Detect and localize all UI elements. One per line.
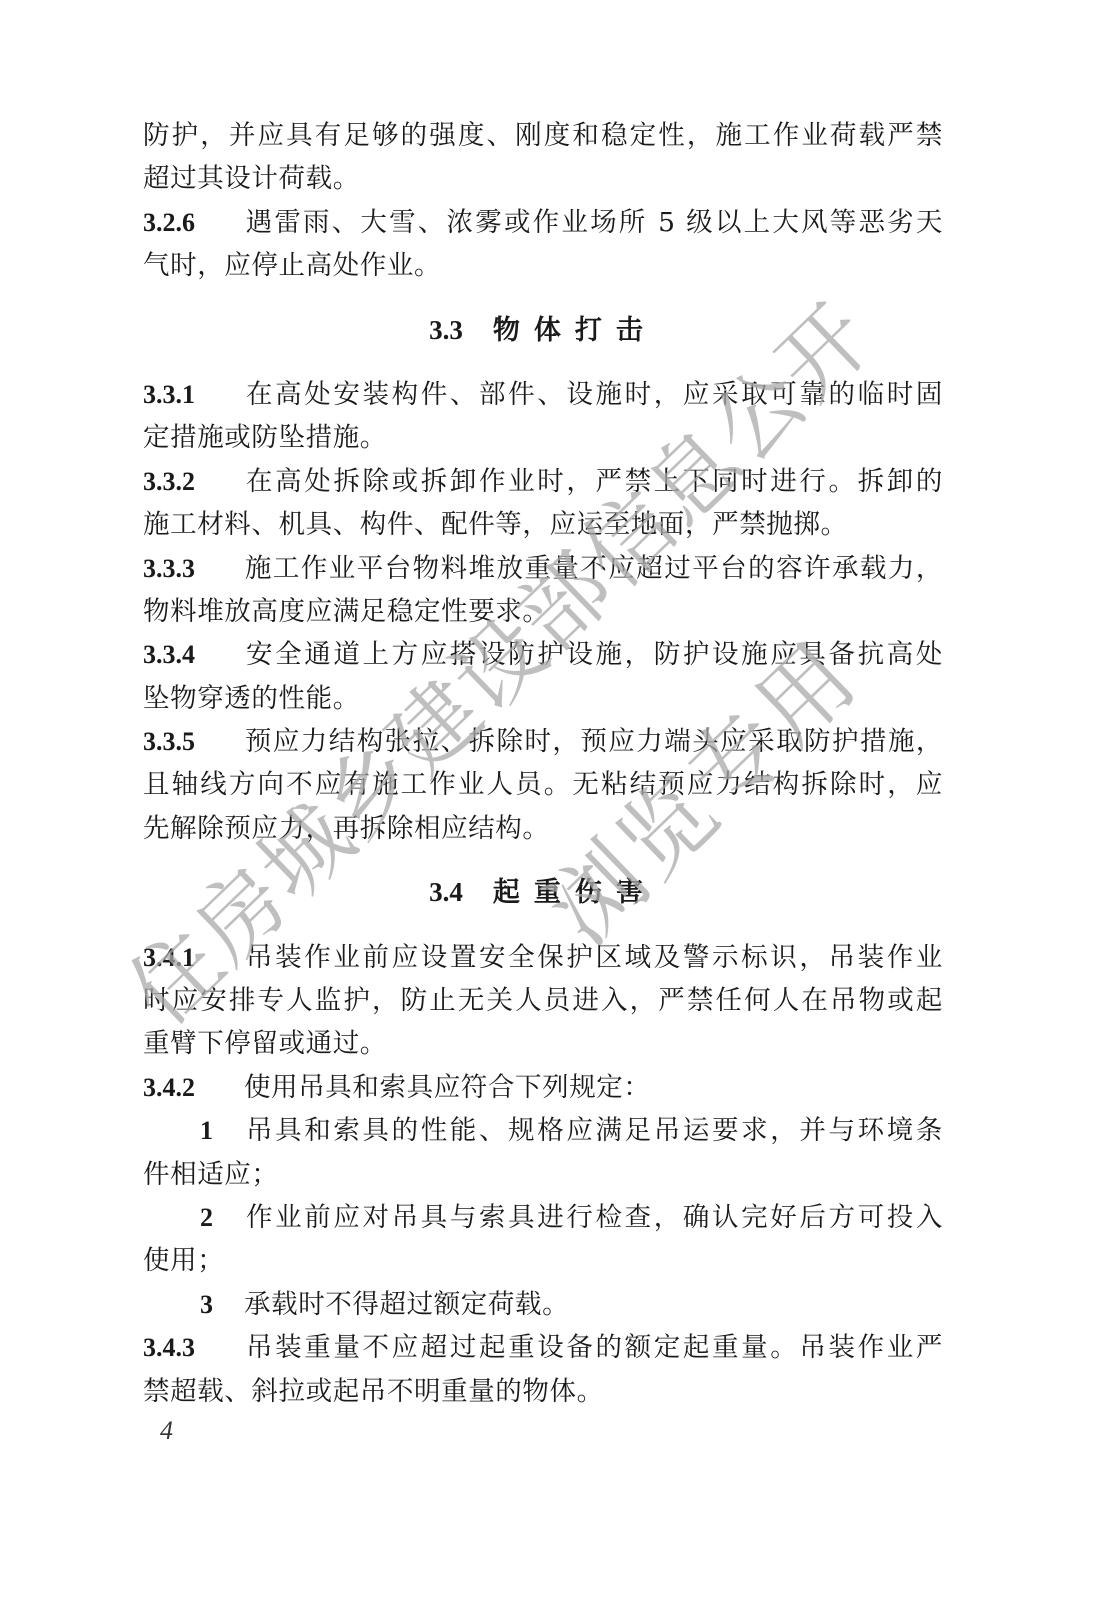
list-item-1: 1吊具和索具的性能、规格应满足吊运要求，并与环境条 件相适应； [143, 1109, 943, 1196]
clause-number: 3.3.2 [143, 460, 244, 503]
clause-3-3-1: 3.3.1在高处安装构件、部件、设施时，应采取可靠的临时固 定措施或防坠措施。 [143, 373, 943, 460]
clause-text: 遇雷雨、大雪、浓雾或作业场所 5 级以上大风等恶劣天 [244, 207, 943, 238]
page-content: 防护，并应具有足够的强度、刚度和稳定性，施工作业荷载严禁 超过其设计荷载。 3.… [143, 114, 943, 1413]
document-page: 防护，并应具有足够的强度、刚度和稳定性，施工作业荷载严禁 超过其设计荷载。 3.… [0, 0, 1103, 1597]
clause-text: 预应力结构张拉、拆除时，预应力端头应采取防护措施， [244, 726, 943, 757]
clause-text: 使用吊具和索具应符合下列规定： [244, 1072, 651, 1103]
clause-number: 3.3.1 [143, 373, 244, 416]
section-title: 起重伤害 [493, 877, 657, 908]
item-text: 作业前应对吊具与索具进行检查，确认完好后方可投入 [244, 1202, 943, 1233]
clause-number: 3.2.6 [143, 201, 244, 244]
clause-number: 3.3.3 [143, 547, 244, 590]
clause-number: 3.3.5 [143, 720, 244, 763]
clause-text: 吊装作业前应设置安全保护区域及警示标识，吊装作业 [244, 942, 943, 973]
paragraph-continuation: 防护，并应具有足够的强度、刚度和稳定性，施工作业荷载严禁 超过其设计荷载。 [143, 114, 943, 201]
clause-3-3-4: 3.3.4安全通道上方应搭设防护设施，防护设施应具备抗高处 坠物穿透的性能。 [143, 633, 943, 720]
clause-text: 安全通道上方应搭设防护设施，防护设施应具备抗高处 [244, 639, 943, 670]
text-line: 气时，应停止高处作业。 [143, 244, 943, 287]
item-text: 吊具和索具的性能、规格应满足吊运要求，并与环境条 [244, 1115, 943, 1146]
text-line: 时应安排专人监护，防止无关人员进入，严禁任何人在吊物或起 [143, 979, 943, 1022]
section-title: 物体打击 [493, 315, 657, 346]
section-number: 3.4 [429, 877, 463, 907]
text-line: 使用； [143, 1239, 943, 1282]
clause-3-4-1: 3.4.1吊装作业前应设置安全保护区域及警示标识，吊装作业 时应安排专人监护，防… [143, 936, 943, 1066]
text-line: 物料堆放高度应满足稳定性要求。 [143, 590, 943, 633]
clause-number: 3.4.3 [143, 1326, 244, 1369]
clause-3-3-5: 3.3.5预应力结构张拉、拆除时，预应力端头应采取防护措施， 且轴线方向不应有施… [143, 720, 943, 850]
item-number: 1 [200, 1109, 244, 1152]
page-number: 4 [160, 1416, 173, 1446]
clause-number: 3.4.2 [143, 1066, 244, 1109]
text-line: 超过其设计荷载。 [143, 157, 943, 200]
clause-text: 在高处安装构件、部件、设施时，应采取可靠的临时固 [244, 379, 943, 410]
text-line: 防护，并应具有足够的强度、刚度和稳定性，施工作业荷载严禁 [143, 114, 943, 157]
text-line: 施工材料、机具、构件、配件等，应运至地面，严禁抛掷。 [143, 503, 943, 546]
clause-text: 吊装重量不应超过起重设备的额定起重量。吊装作业严 [244, 1332, 943, 1363]
clause-3-3-3: 3.3.3施工作业平台物料堆放重量不应超过平台的容许承载力， 物料堆放高度应满足… [143, 547, 943, 634]
clause-number: 3.3.4 [143, 633, 244, 676]
clause-number: 3.4.1 [143, 936, 244, 979]
text-line: 件相适应； [143, 1153, 943, 1196]
text-line: 重臂下停留或通过。 [143, 1022, 943, 1065]
clause-text: 在高处拆除或拆卸作业时，严禁上下同时进行。拆卸的 [244, 466, 943, 497]
text-line: 禁超载、斜拉或起吊不明重量的物体。 [143, 1370, 943, 1413]
list-item-2: 2作业前应对吊具与索具进行检查，确认完好后方可投入 使用； [143, 1196, 943, 1283]
clause-3-4-2: 3.4.2使用吊具和索具应符合下列规定： [143, 1066, 943, 1109]
item-number: 3 [200, 1283, 244, 1326]
section-heading-3-4: 3.4起重伤害 [143, 871, 943, 914]
list-item-3: 3承载时不得超过额定荷载。 [143, 1283, 943, 1326]
clause-text: 施工作业平台物料堆放重量不应超过平台的容许承载力， [244, 553, 943, 584]
item-number: 2 [200, 1196, 244, 1239]
section-number: 3.3 [429, 315, 463, 345]
text-line: 先解除预应力，再拆除相应结构。 [143, 807, 943, 850]
text-line: 坠物穿透的性能。 [143, 677, 943, 720]
text-line: 且轴线方向不应有施工作业人员。无粘结预应力结构拆除时，应 [143, 763, 943, 806]
clause-3-2-6: 3.2.6遇雷雨、大雪、浓雾或作业场所 5 级以上大风等恶劣天 气时，应停止高处… [143, 201, 943, 288]
section-heading-3-3: 3.3物体打击 [143, 309, 943, 352]
clause-3-3-2: 3.3.2在高处拆除或拆卸作业时，严禁上下同时进行。拆卸的 施工材料、机具、构件… [143, 460, 943, 547]
text-line: 定措施或防坠措施。 [143, 416, 943, 459]
item-text: 承载时不得超过额定荷载。 [244, 1289, 569, 1320]
clause-3-4-3: 3.4.3吊装重量不应超过起重设备的额定起重量。吊装作业严 禁超载、斜拉或起吊不… [143, 1326, 943, 1413]
